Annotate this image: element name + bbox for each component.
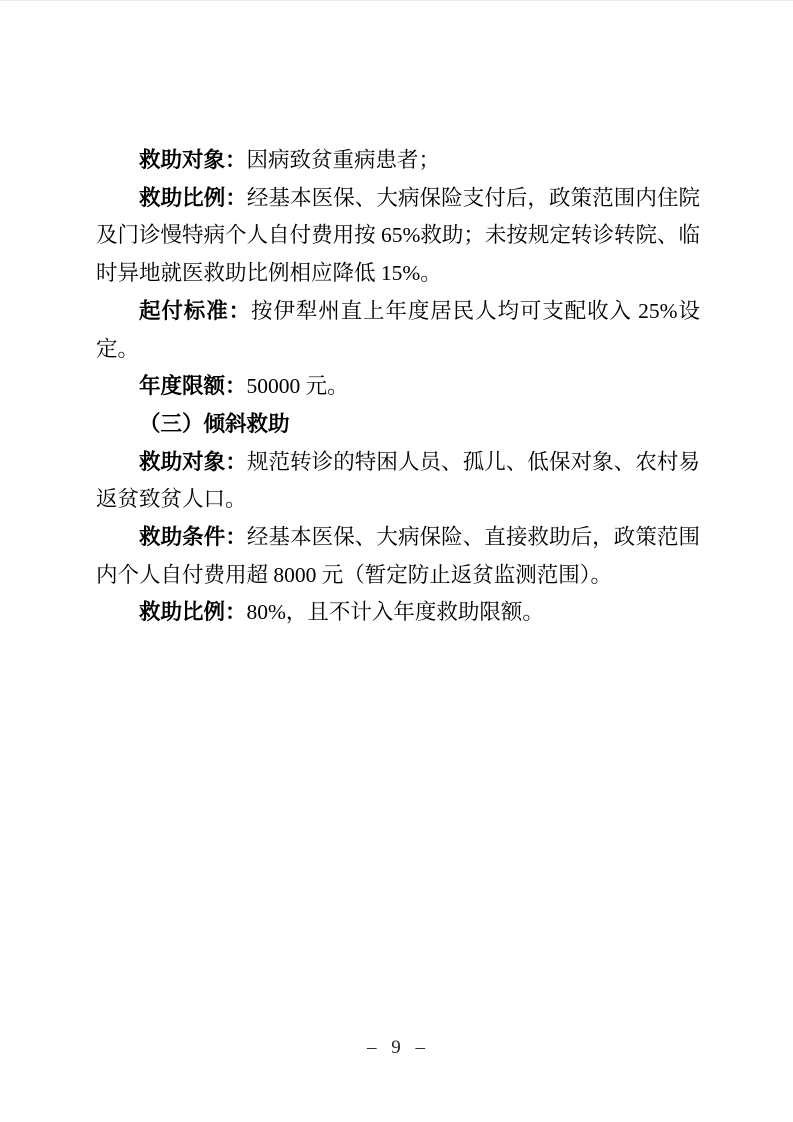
- paragraph-text: 50000 元。: [247, 374, 349, 398]
- document-page: 救助对象：因病致贫重病患者； 救助比例：经基本医保、大病保险支付后，政策范围内住…: [0, 0, 793, 1122]
- paragraph-text: 80%，且不计入年度救助限额。: [247, 600, 544, 624]
- paragraph-annual-limit: 年度限额：50000 元。: [96, 368, 700, 406]
- page-number: – 9 –: [0, 1037, 793, 1059]
- paragraph-label: 起付标准：: [139, 299, 251, 323]
- paragraph-rescue-target: 救助对象：因病致贫重病患者；: [96, 142, 700, 180]
- document-body: 救助对象：因病致贫重病患者； 救助比例：经基本医保、大病保险支付后，政策范围内住…: [96, 142, 700, 632]
- section-heading: （三）倾斜救助: [96, 406, 700, 444]
- paragraph-rescue-ratio-2: 救助比例：80%，且不计入年度救助限额。: [96, 594, 700, 632]
- paragraph-rescue-target-2: 救助对象：规范转诊的特困人员、孤儿、低保对象、农村易返贫致贫人口。: [96, 444, 700, 519]
- paragraph-label: 救助对象：: [139, 148, 247, 172]
- paragraph-label: 救助条件：: [139, 525, 247, 549]
- paragraph-text: 因病致贫重病患者；: [247, 148, 441, 172]
- paragraph-label: 年度限额：: [139, 374, 247, 398]
- paragraph-deductible-standard: 起付标准：按伊犁州直上年度居民人均可支配收入 25%设定。: [96, 293, 700, 368]
- paragraph-rescue-ratio: 救助比例：经基本医保、大病保险支付后，政策范围内住院及门诊慢特病个人自付费用按 …: [96, 180, 700, 293]
- paragraph-rescue-condition: 救助条件：经基本医保、大病保险、直接救助后，政策范围内个人自付费用超 8000 …: [96, 519, 700, 594]
- paragraph-label: 救助对象：: [139, 450, 247, 474]
- paragraph-label: 救助比例：: [139, 186, 247, 210]
- paragraph-label: 救助比例：: [139, 600, 247, 624]
